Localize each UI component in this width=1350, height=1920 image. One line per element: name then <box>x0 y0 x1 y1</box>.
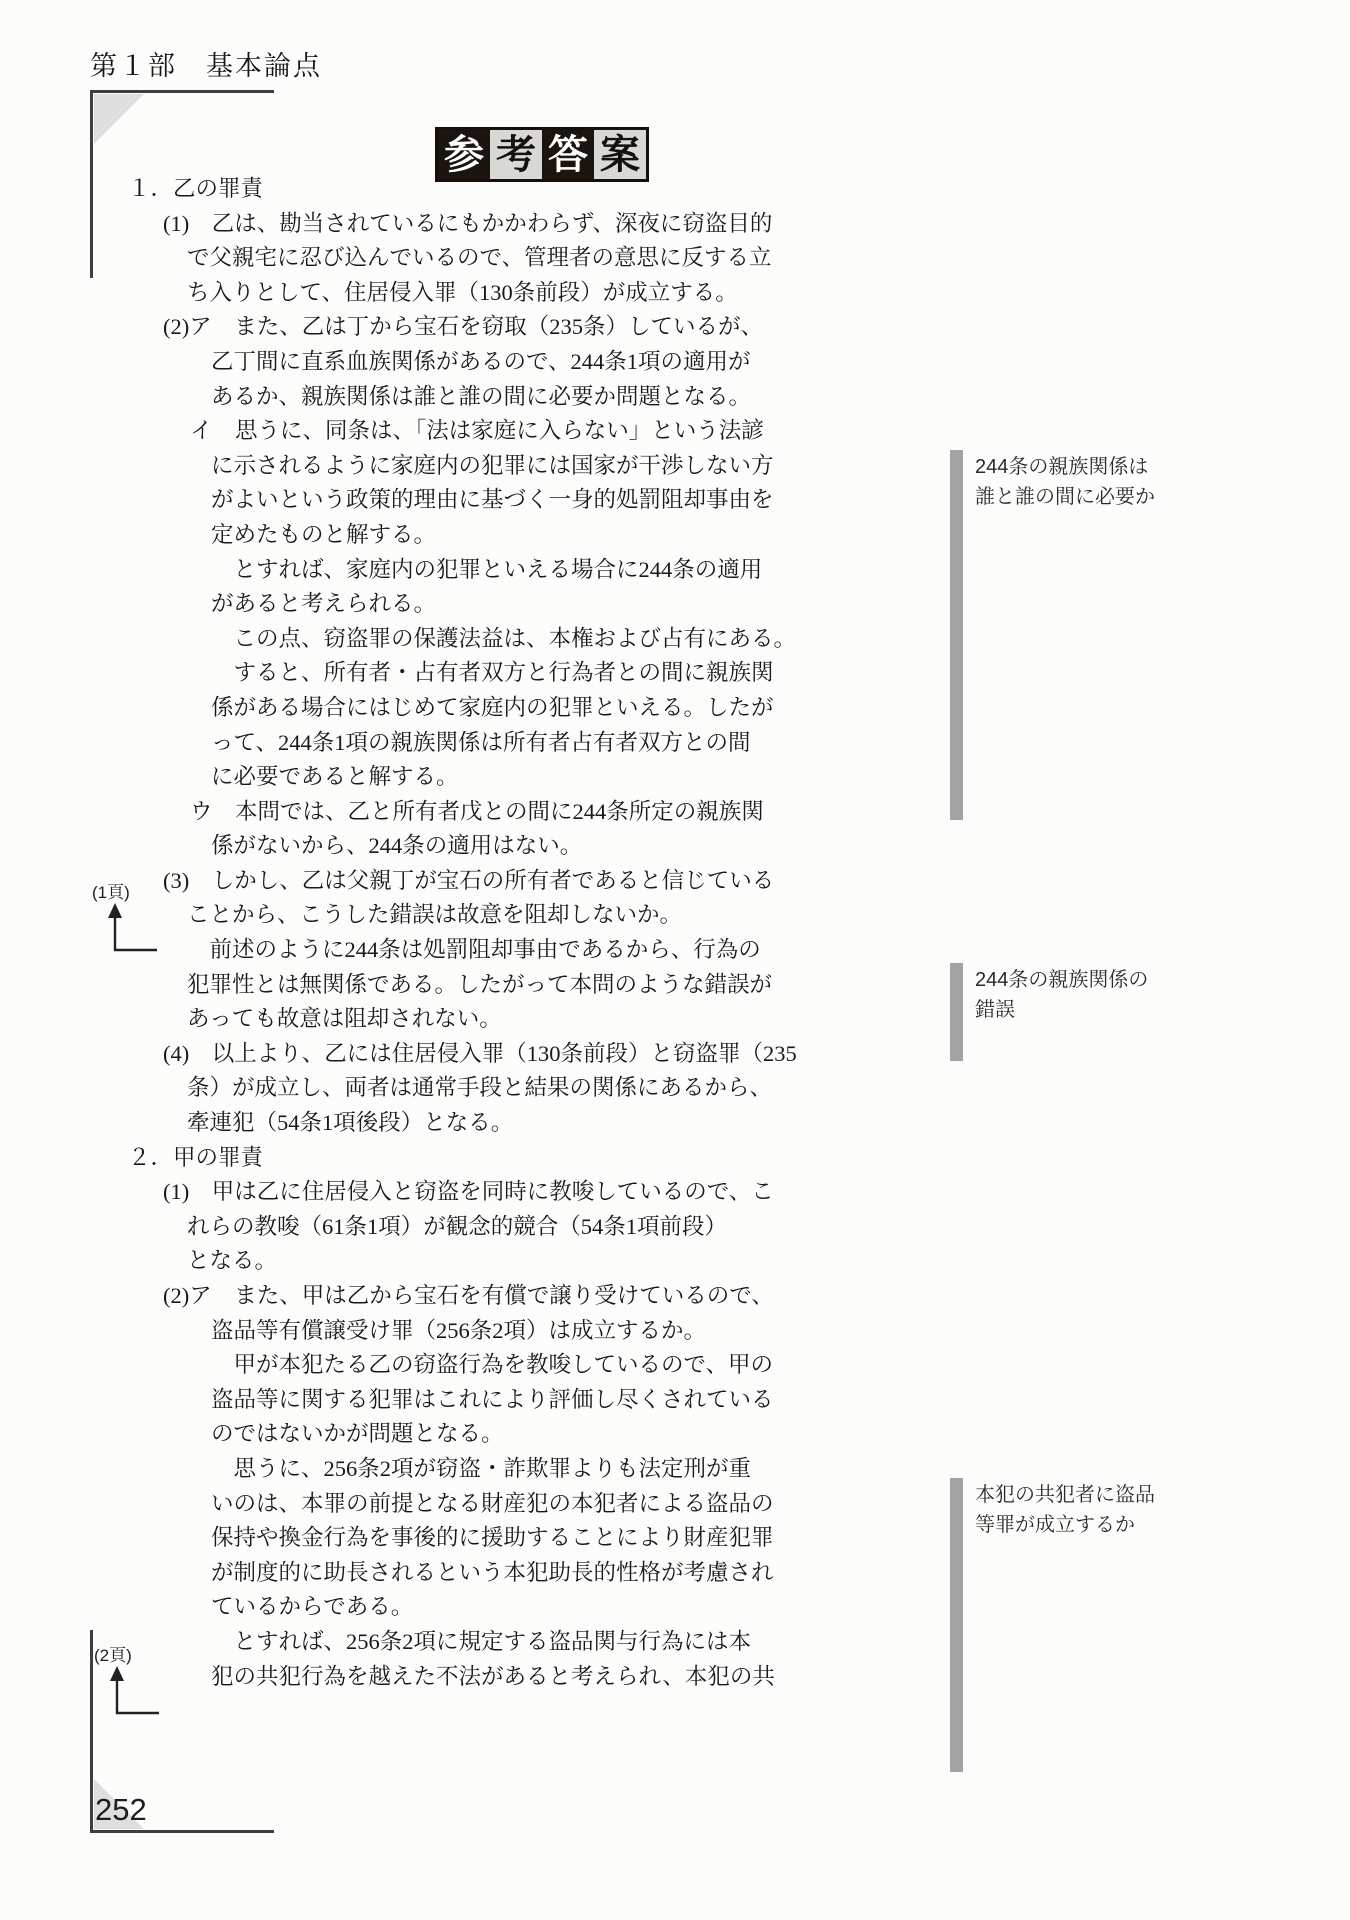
body-line: 犯の共犯行為を越えた不法があると考えられ、本犯の共 <box>211 1660 1350 1695</box>
page-number: 252 <box>95 1792 147 1828</box>
body-line: とすれば、256条2項に規定する盗品関与行為には本 <box>211 1625 1350 1660</box>
margin-note-bar <box>950 963 963 1061</box>
body-line: が制度的に助長されるという本犯助長的性格が考慮され <box>211 1556 1350 1591</box>
body-line: とすれば、家庭内の犯罪といえる場合に244条の適用 <box>211 553 1350 588</box>
body-line: 定めたものと解する。 <box>211 518 1350 553</box>
body-text: １．乙の罪責(1) 乙は、勘当されているにもかかわらず、深夜に窃盗目的で父親宅に… <box>0 172 1350 1694</box>
body-line: で父親宅に忍び込んでいるので、管理者の意思に反する立 <box>187 241 1350 276</box>
body-line: 甲が本犯たる乙の窃盗行為を教唆しているので、甲の <box>211 1348 1350 1383</box>
margin-note-line: 錯誤 <box>975 995 1275 1025</box>
body-line: (3) しかし、乙は父親丁が宝石の所有者であると信じている <box>163 864 1350 899</box>
margin-note-line: 等罪が成立するか <box>975 1510 1275 1540</box>
up-arrow-icon <box>97 1663 167 1725</box>
body-line: この点、窃盗罪の保護法益は、本権および占有にある。 <box>211 622 1350 657</box>
body-line: ２．甲の罪責 <box>128 1141 1350 1176</box>
body-line: のではないかが問題となる。 <box>211 1417 1350 1452</box>
body-line: があると考えられる。 <box>211 587 1350 622</box>
margin-note-line: 244条の親族関係は <box>975 452 1275 482</box>
body-line: (1) 甲は乙に住居侵入と窃盗を同時に教唆しているので、こ <box>163 1175 1350 1210</box>
body-line: 前述のように244条は処罰阻却事由であるから、行為の <box>187 933 1350 968</box>
body-line: 乙丁間に直系血族関係があるので、244条1項の適用が <box>211 345 1350 380</box>
margin-note-line: 244条の親族関係の <box>975 965 1275 995</box>
margin-note-bar <box>950 450 963 820</box>
margin-note: 本犯の共犯者に盗品 等罪が成立するか <box>975 1480 1275 1540</box>
body-line: ているからである。 <box>211 1590 1350 1625</box>
document-page: 第１部 基本論点 参 考 答 案 １．乙の罪責(1) 乙は、勘当されているにもか… <box>0 0 1350 1920</box>
margin-note: 244条の親族関係は 誰と誰の間に必要か <box>975 452 1275 512</box>
margin-note-line: 本犯の共犯者に盗品 <box>975 1480 1275 1510</box>
body-line: すると、所有者・占有者双方と行為者との間に親族関 <box>211 656 1350 691</box>
margin-note-line: 誰と誰の間に必要か <box>975 482 1275 512</box>
body-line: 係がある場合にはじめて家庭内の犯罪といえる。したが <box>211 691 1350 726</box>
body-line: 盗品等に関する犯罪はこれにより評価し尽くされている <box>211 1383 1350 1418</box>
margin-note: 244条の親族関係の 錯誤 <box>975 965 1275 1025</box>
left-border-bottom <box>90 1630 93 1832</box>
body-line: １．乙の罪責 <box>128 172 1350 207</box>
margin-note-bar <box>950 1478 963 1772</box>
body-line: あるか、親族関係は誰と誰の間に必要か問題となる。 <box>211 380 1350 415</box>
body-line: ことから、こうした錯誤は故意を阻却しないか。 <box>187 898 1350 933</box>
header-rule <box>90 90 274 93</box>
body-line: イ 思うに、同条は、「法は家庭に入らない」という法諺 <box>190 414 1350 449</box>
chapter-header: 第１部 基本論点 <box>90 44 322 83</box>
bottom-rule <box>90 1830 274 1833</box>
body-line: (2)ア また、甲は乙から宝石を有償で譲り受けているので、 <box>163 1279 1350 1314</box>
body-line: ち入りとして、住居侵入罪（130条前段）が成立する。 <box>187 276 1350 311</box>
body-line: れらの教唆（61条1項）が観念的競合（54条1項前段） <box>187 1210 1350 1245</box>
up-arrow-icon <box>95 900 165 962</box>
body-line: 盗品等有償譲受け罪（256条2項）は成立するか。 <box>211 1314 1350 1349</box>
body-line: となる。 <box>187 1244 1350 1279</box>
body-line: 牽連犯（54条1項後段）となる。 <box>187 1106 1350 1141</box>
corner-triangle-top <box>94 94 144 144</box>
body-line: 係がないから、244条の適用はない。 <box>211 829 1350 864</box>
body-line: (1) 乙は、勘当されているにもかかわらず、深夜に窃盗目的 <box>163 207 1350 242</box>
body-line: (2)ア また、乙は丁から宝石を窃取（235条）しているが、 <box>163 310 1350 345</box>
body-line: 条）が成立し、両者は通常手段と結果の関係にあるから、 <box>187 1071 1350 1106</box>
body-line: (4) 以上より、乙には住居侵入罪（130条前段）と窃盗罪（235 <box>163 1037 1350 1072</box>
body-line: って、244条1項の親族関係は所有者占有者双方との間 <box>211 726 1350 761</box>
body-line: ウ 本問では、乙と所有者戊との間に244条所定の親族関 <box>190 795 1350 830</box>
body-line: に必要であると解する。 <box>211 760 1350 795</box>
